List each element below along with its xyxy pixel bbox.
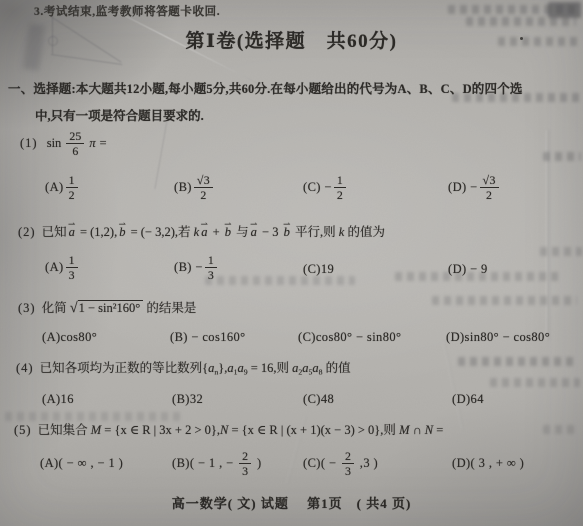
option-label: (B)( − 1 , − [172,456,237,470]
fraction-denominator: 2 [334,188,346,201]
stem-text: = (− 3,2),若 [127,225,193,239]
vector-b: b [225,225,231,240]
sin-function: sin [47,136,62,150]
q1-option-A: (A)12 [45,174,80,202]
question-5-number: (5) [14,423,32,437]
vector-a: a [201,225,207,240]
q2-option-C: (C)19 [303,262,334,277]
intersection-symbol: ∩ [409,423,424,437]
fraction-numerator: 2 [239,450,251,464]
q2-option-B: (B) −13 [174,254,219,282]
stem-text: 平行,则 [292,225,339,239]
stem-text: = {x ∈ R | 3x + 2 > 0}, [101,423,220,437]
q5-option-A: (A)( − ∞ , − 1 ) [40,456,123,471]
stem-text: + [209,225,222,239]
question-3-number: (3) [18,301,36,315]
option-label: (A) [45,180,64,194]
question-5-stem: (5)已知集合 M = {x ∈ R | 3x + 2 > 0},N = {x … [14,420,443,438]
fraction: 13 [205,254,217,282]
fraction-denominator: 3 [342,464,354,477]
q4-option-B: (B)32 [172,392,203,407]
question-4-number: (4) [16,361,34,375]
vector-a: a [251,225,257,240]
fraction-numerator: √3 [480,174,499,188]
radical-sign: √ [70,300,78,316]
set-N: N [425,423,433,437]
stem-text: 的值为 [344,225,385,239]
page-footer: 高一数学( 文) 试题 第1页 ( 共4 页) [0,493,583,512]
bleedthrough-mark [466,17,576,26]
q1-option-D: (D) −√32 [448,174,501,202]
fraction-numerator: 1 [66,254,78,268]
stem-text: = [433,423,443,437]
q2-option-A: (A)13 [45,254,80,282]
stem-text: = {x ∈ R | (x + 1)(x − 3) > 0},则 [228,423,399,437]
fraction-denominator: 6 [66,144,84,157]
option-label: (B) − [174,260,203,274]
question-1-number: (1) [20,136,38,150]
bleedthrough-mark [543,152,581,161]
question-2-stem: (2)已知a = (1,2),b = (− 3,2),若 ka + b 与a −… [18,222,385,240]
question-4-stem: (4)已知各项均为正数的等比数列{an},a1a9 = 16,则 a2a5a8 … [16,358,351,377]
fraction-numerator: √3 [194,174,213,188]
section-title: 第Ⅰ卷(选择题 共60分) [0,26,583,53]
stem-text: = (1,2), [77,225,117,239]
set-M: M [399,423,409,437]
bleedthrough-figure-line [51,54,122,65]
fraction: 12 [334,174,346,202]
fraction: √32 [480,174,499,202]
radicand: 1 − sin²160° [78,300,144,315]
stem-text: 的值 [323,361,351,375]
q3-option-A: (A)cos80° [42,330,97,345]
stem-text: 已知各项均为正数的等比数列{ [40,361,209,375]
q3-option-C: (C)cos80° − sin80° [298,330,401,345]
fraction-numerator: 1 [205,254,217,268]
option-text: ,3 ) [356,456,378,470]
set-M: M [91,423,101,437]
fraction-denominator: 3 [66,268,78,281]
q4-option-D: (D)64 [452,392,484,407]
stem-text: 与 [233,225,249,239]
question-2-number: (2) [18,225,36,239]
fraction-numerator: 25 [66,130,84,144]
stem-text: 的结果是 [146,301,196,315]
stem-text: 已知集合 [38,423,91,437]
bleedthrough-mark [548,2,581,18]
fraction: 23 [239,450,251,478]
stem-text: 已知 [42,225,67,239]
fraction: 256 [66,130,84,158]
fraction: 12 [66,174,78,202]
option-label: (A) [45,260,64,274]
question-3-stem: (3)化简 √1 − sin²160° 的结果是 [18,298,196,317]
q5-option-C: (C)( − 23 ,3 ) [303,450,378,478]
handling-instruction: 3.考试结束,监考教师将答题卡收回. [34,3,220,19]
directions-line1: 一、选择题:本大题共12小题,每小题5分,共60分.在每小题给出的代号为A、B、… [8,79,523,97]
vector-a: a [69,225,75,240]
fold-crease [546,130,549,340]
vector-b: b [284,225,290,240]
bleedthrough-mark [448,5,578,14]
stem-text: − 3 [259,225,282,239]
fraction-denominator: 2 [66,188,78,201]
bleedthrough-mark [490,378,580,387]
q3-option-D: (D)sin80° − cos80° [446,330,550,345]
option-text: ) [253,456,261,470]
vector-b: b [119,225,125,240]
fraction: 13 [66,254,78,282]
question-2-options: (A)13 (B) −13 (C)19 (D) − 9 [0,254,583,292]
stem-text: = 16,则 [248,361,293,375]
q4-option-C: (C)48 [303,392,334,407]
q3-option-B: (B) − cos160° [170,330,246,345]
stem-text: 化简 [42,301,67,315]
fraction: √32 [194,174,213,202]
fraction-numerator: 1 [334,174,346,188]
fraction-denominator: 2 [194,188,213,201]
directions-line2: 中,只有一项是符合题目要求的. [35,106,204,124]
option-label: (D) − [448,180,478,194]
option-label: (C)( − [303,456,340,470]
question-1-options: (A)12 (B)√32 (C) −12 (D) −√32 [0,174,583,212]
q2-option-D: (D) − 9 [448,262,488,277]
question-5-options: (A)( − ∞ , − 1 ) (B)( − 1 , − 23 ) (C)( … [0,450,583,488]
q5-option-B: (B)( − 1 , − 23 ) [172,450,262,478]
fraction-numerator: 2 [342,450,354,464]
q1-option-B: (B)√32 [174,174,215,202]
q5-option-D: (D)( 3 , + ∞ ) [452,456,524,471]
variable-k: k [194,225,200,239]
option-label: (C) − [303,180,332,194]
fraction-denominator: 2 [480,188,499,201]
option-label: (B) [174,180,192,194]
question-1-stem: (1) sin 256 π = [20,130,107,158]
q1-option-C: (C) −12 [303,174,348,202]
scanned-exam-page: 3.考试结束,监考教师将答题卡收回. 第Ⅰ卷(选择题 共60分) 一、选择题:本… [0,0,583,526]
q4-option-A: (A)16 [42,392,74,407]
fraction-numerator: 1 [66,174,78,188]
stem-text: }, [218,361,227,375]
fraction-denominator: 3 [239,464,251,477]
fraction-denominator: 3 [205,268,217,281]
radical-expression: √1 − sin²160° [70,301,144,315]
bleedthrough-mark [432,296,577,305]
pi-equals: π = [89,136,107,150]
fraction: 23 [342,450,354,478]
